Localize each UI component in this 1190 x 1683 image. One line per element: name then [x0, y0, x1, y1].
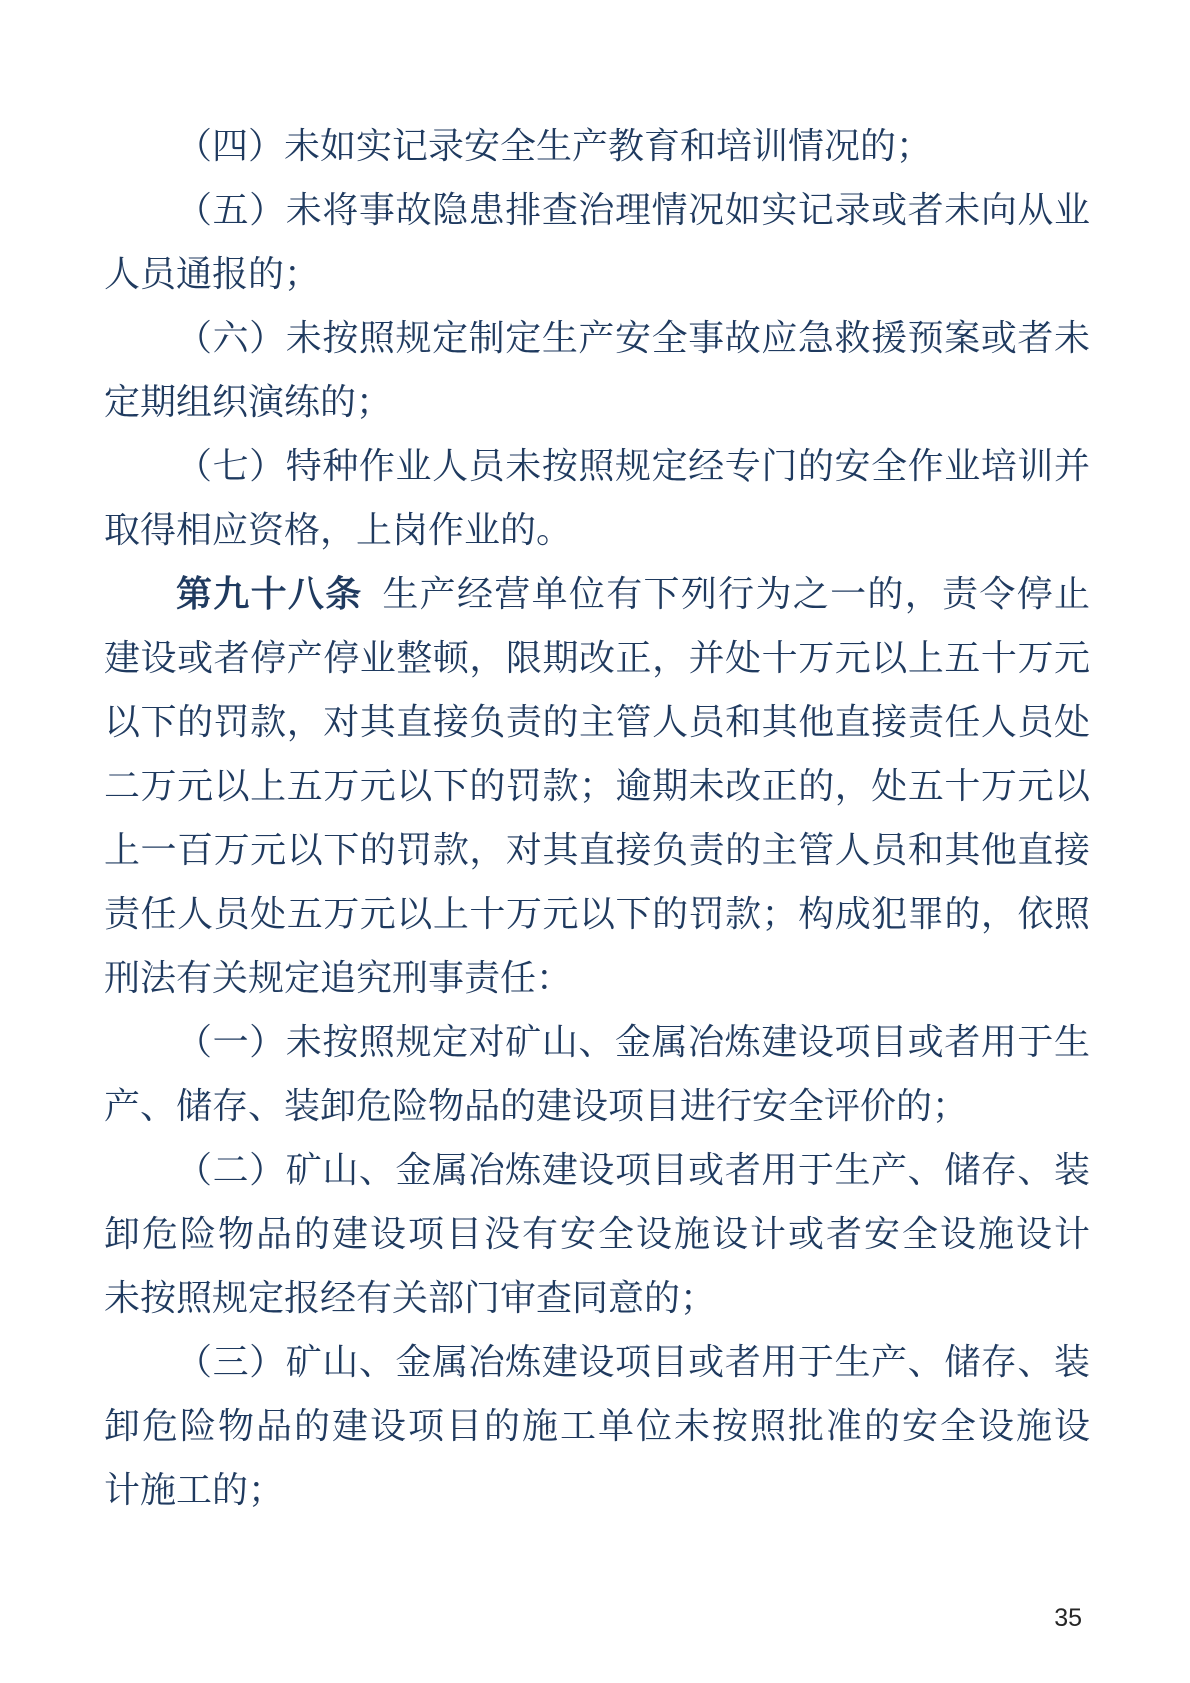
text-line: 产、储存、装卸危险物品的建设项目进行安全评价的；	[104, 1074, 1090, 1138]
text-segment: 产、储存、装卸危险物品的建设项目进行安全评价的；	[104, 1086, 968, 1126]
text-segment: 计施工的；	[104, 1470, 284, 1510]
text-segment: 建设或者停产停业整顿，限期改正，并处十万元以上五十万元	[104, 638, 1090, 678]
text-line: 定期组织演练的；	[104, 370, 1090, 434]
text-segment: 人员通报的；	[104, 254, 320, 294]
text-line: 人员通报的；	[104, 242, 1090, 306]
text-line: 未按照规定报经有关部门审查同意的；	[104, 1266, 1090, 1330]
text-line: 第九十八条生产经营单位有下列行为之一的，责令停止	[104, 562, 1090, 626]
document-page: （四）未如实记录安全生产教育和培训情况的；（五）未将事故隐患排查治理情况如实记录…	[0, 0, 1190, 1683]
text-segment: （五）未将事故隐患排查治理情况如实记录或者未向从业	[176, 190, 1090, 230]
text-segment: 二万元以上五万元以下的罚款；逾期未改正的，处五十万元以	[104, 766, 1090, 806]
text-block: （四）未如实记录安全生产教育和培训情况的；（五）未将事故隐患排查治理情况如实记录…	[104, 114, 1090, 1522]
text-segment: （七）特种作业人员未按照规定经专门的安全作业培训并	[176, 446, 1090, 486]
text-segment: 卸危险物品的建设项目的施工单位未按照批准的安全设施设	[104, 1406, 1090, 1446]
text-segment: 刑法有关规定追究刑事责任：	[104, 958, 572, 998]
text-line: （五）未将事故隐患排查治理情况如实记录或者未向从业	[104, 178, 1090, 242]
text-line: 取得相应资格，上岗作业的。	[104, 498, 1090, 562]
text-line: 以下的罚款，对其直接负责的主管人员和其他直接责任人员处	[104, 690, 1090, 754]
text-segment: （三）矿山、金属冶炼建设项目或者用于生产、储存、装	[176, 1342, 1090, 1382]
text-line: （四）未如实记录安全生产教育和培训情况的；	[104, 114, 1090, 178]
text-line: 卸危险物品的建设项目没有安全设施设计或者安全设施设计	[104, 1202, 1090, 1266]
text-line: 刑法有关规定追究刑事责任：	[104, 946, 1090, 1010]
text-line: （一）未按照规定对矿山、金属冶炼建设项目或者用于生	[104, 1010, 1090, 1074]
text-segment: 卸危险物品的建设项目没有安全设施设计或者安全设施设计	[104, 1214, 1090, 1254]
text-segment: （四）未如实记录安全生产教育和培训情况的；	[176, 126, 932, 166]
text-segment: 上一百万元以下的罚款，对其直接负责的主管人员和其他直接	[104, 830, 1090, 870]
text-segment: 定期组织演练的；	[104, 382, 392, 422]
text-segment: （二）矿山、金属冶炼建设项目或者用于生产、储存、装	[176, 1150, 1090, 1190]
text-line: （二）矿山、金属冶炼建设项目或者用于生产、储存、装	[104, 1138, 1090, 1202]
text-line: （六）未按照规定制定生产安全事故应急救援预案或者未	[104, 306, 1090, 370]
text-segment: 责任人员处五万元以上十万元以下的罚款；构成犯罪的，依照	[104, 894, 1090, 934]
text-line: 二万元以上五万元以下的罚款；逾期未改正的，处五十万元以	[104, 754, 1090, 818]
text-line: （三）矿山、金属冶炼建设项目或者用于生产、储存、装	[104, 1330, 1090, 1394]
text-segment: （一）未按照规定对矿山、金属冶炼建设项目或者用于生	[176, 1022, 1090, 1062]
text-line: 建设或者停产停业整顿，限期改正，并处十万元以上五十万元	[104, 626, 1090, 690]
text-line: 责任人员处五万元以上十万元以下的罚款；构成犯罪的，依照	[104, 882, 1090, 946]
text-line: 上一百万元以下的罚款，对其直接负责的主管人员和其他直接	[104, 818, 1090, 882]
article-number-bold: 第九十八条	[176, 573, 363, 614]
text-line: 卸危险物品的建设项目的施工单位未按照批准的安全设施设	[104, 1394, 1090, 1458]
text-segment: 生产经营单位有下列行为之一的，责令停止	[382, 574, 1090, 614]
text-line: （七）特种作业人员未按照规定经专门的安全作业培训并	[104, 434, 1090, 498]
text-segment: 未按照规定报经有关部门审查同意的；	[104, 1278, 716, 1318]
page-number: 35	[1054, 1604, 1082, 1632]
text-segment: 取得相应资格，上岗作业的。	[104, 510, 572, 550]
text-line: 计施工的；	[104, 1458, 1090, 1522]
text-segment: （六）未按照规定制定生产安全事故应急救援预案或者未	[176, 318, 1090, 358]
text-segment: 以下的罚款，对其直接负责的主管人员和其他直接责任人员处	[104, 702, 1090, 742]
